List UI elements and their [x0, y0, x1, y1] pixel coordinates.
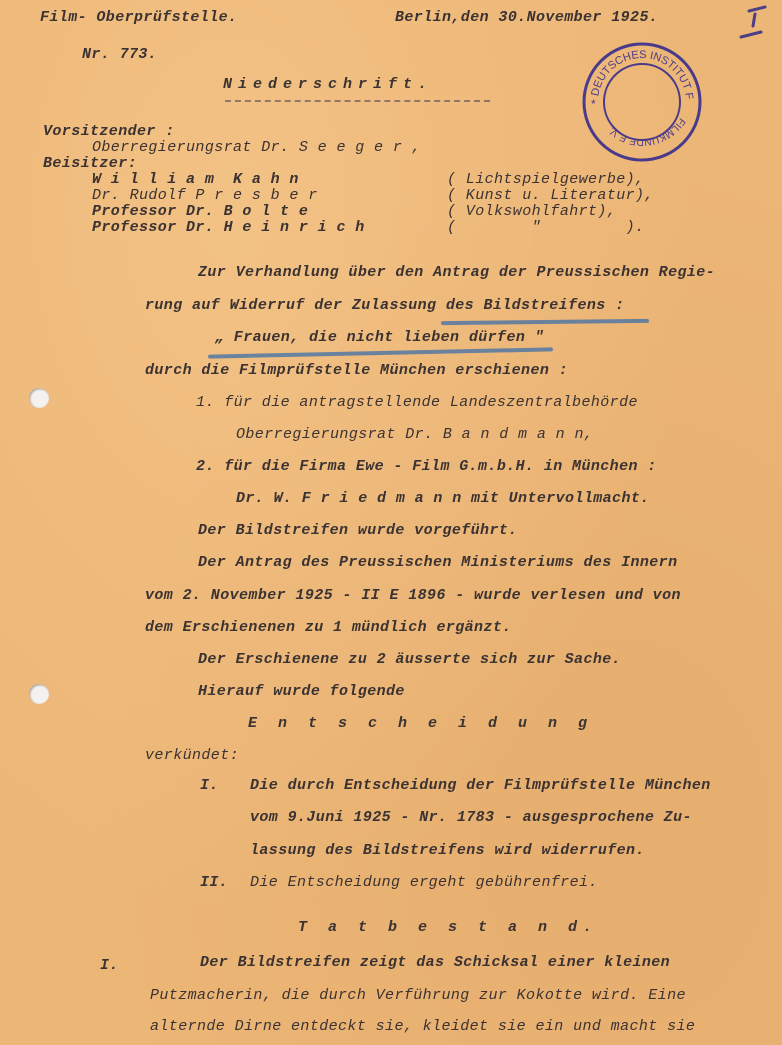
assessor-name: W i l l i a m K a h n — [92, 172, 299, 188]
chair-name: Oberregierungsrat Dr. S e e g e r , — [92, 140, 421, 156]
motion-line: Der Antrag des Preussischen Ministeriums… — [198, 555, 677, 571]
page-mark-roman-one — [735, 2, 775, 42]
appearance-line: Oberregierungsrat Dr. B a n d m a n n, — [236, 427, 593, 443]
film-title: „ Frauen, die nicht lieben dürfen " — [215, 330, 544, 346]
appearance-line: 1. für die antragstellende Landeszentral… — [196, 395, 638, 411]
announced-line: verkündet: — [145, 748, 239, 764]
facts-line: Der Bildstreifen zeigt das Schicksal ein… — [200, 955, 670, 971]
motion-line: vom 2. November 1925 - II E 1896 - wurde… — [145, 588, 681, 604]
ruling-line: Die Entscheidung ergeht gebührenfrei. — [250, 875, 598, 891]
svg-text:*: * — [591, 97, 596, 111]
facts-line: alternde Dirne entdeckt sie, kleidet sie… — [150, 1019, 695, 1035]
ruling-line: vom 9.Juni 1925 - Nr. 1783 - ausgesproch… — [250, 810, 692, 826]
facts-number: I. — [100, 958, 119, 974]
thereupon-line: Hierauf wurde folgende — [198, 684, 405, 700]
ruling-line: lassung des Bildstreifens wird widerrufe… — [250, 843, 645, 859]
intro-line: durch die Filmprüfstelle München erschie… — [145, 363, 568, 379]
assessor-field: ( Kunst u. Literatur), — [447, 188, 654, 204]
facts-heading: T a t b e s t a n d. — [298, 920, 598, 936]
appearance-line: 2. für die Firma Ewe - Film G.m.b.H. in … — [196, 459, 657, 475]
punch-hole-top — [29, 388, 49, 408]
assessor-name: Professor Dr. B o l t e — [92, 204, 308, 220]
authority-header: Film- Oberprüfstelle. — [40, 10, 237, 26]
assessor-field: ( " ). — [447, 220, 644, 236]
facts-line: Putzmacherin, die durch Verführung zur K… — [150, 988, 686, 1004]
intro-line: rung auf Widerruf der Zulassung des Bild… — [145, 298, 624, 314]
assessor-name: Dr. Rudolf P r e s b e r — [92, 188, 318, 204]
motion-line: dem Erschienenen zu 1 mündlich ergänzt. — [145, 620, 512, 636]
place-date: Berlin,den 30.November 1925. — [395, 10, 658, 26]
assessor-field: ( Volkswohlfahrt), — [447, 204, 616, 220]
assessors-label: Beisitzer: — [43, 156, 137, 172]
decision-heading: E n t s c h e i d u n g — [248, 716, 593, 732]
svg-text:FILMKUNDE E.V.: FILMKUNDE E.V. — [607, 116, 687, 147]
screened-statement: Der Bildstreifen wurde vorgeführt. — [198, 523, 518, 539]
ruling-line: Die durch Entscheidung der Filmprüfstell… — [250, 778, 711, 794]
ruling-number: I. — [200, 778, 219, 794]
punch-hole-bottom — [29, 684, 49, 704]
chair-label: Vorsitzender : — [43, 124, 175, 140]
institute-stamp: DEUTSCHES INSTITUT FÜR FILMKUNDE E.V. * — [580, 40, 704, 164]
assessor-field: ( Lichtspielgewerbe), — [447, 172, 644, 188]
appearance-line: Dr. W. F r i e d m a n n mit Untervollma… — [236, 491, 650, 507]
highlight-underline-bildstreifens — [441, 319, 649, 325]
document-title: Niederschrift. — [223, 77, 433, 93]
ruling-number: II. — [200, 875, 228, 891]
highlight-underline-film-title — [208, 347, 553, 358]
document-number: Nr. 773. — [82, 47, 157, 63]
assessor-name: Professor Dr. H e i n r i c h — [92, 220, 365, 236]
title-underline — [225, 100, 490, 102]
respondent-statement: Der Erschienene zu 2 äusserte sich zur S… — [198, 652, 621, 668]
intro-line: Zur Verhandlung über den Antrag der Preu… — [198, 265, 715, 281]
